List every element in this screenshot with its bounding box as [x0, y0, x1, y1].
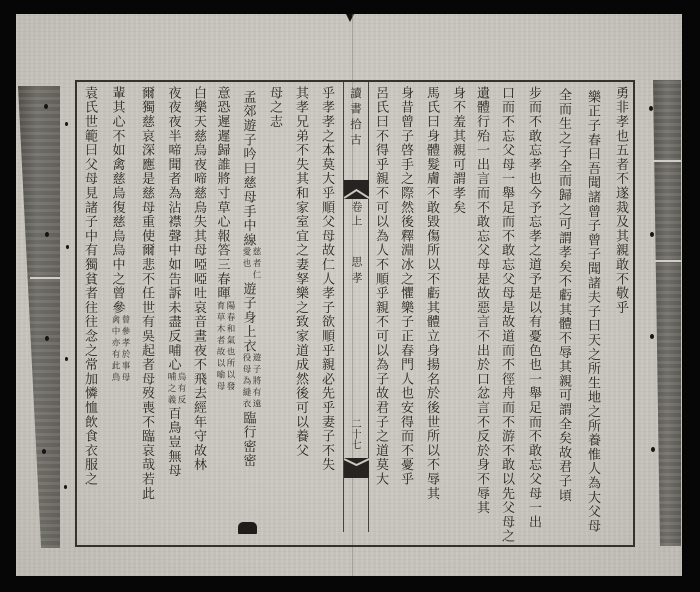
- text-column: 乎孝孝之本莫大乎順父母故仁人孝子欲順乎親必先乎妻子不失: [313, 86, 339, 472]
- ink-block-mark: [238, 522, 257, 534]
- stitch-hole: [650, 232, 654, 237]
- text-column: 白樂天慈烏夜啼慈烏失其母啞啞吐哀音晝夜不飛去經年守故林: [185, 86, 211, 472]
- strip-tear: [653, 160, 681, 162]
- stitch-hole: [44, 104, 48, 109]
- upper-fishtail-mark: [344, 180, 369, 199]
- text-column-with-notes: 意恐遲遲歸誰將寸草心報答三春暉陽春和氣也所以發育草木者故以喻母: [209, 86, 235, 393]
- stitch-hole: [45, 336, 49, 341]
- stitch-hole: [42, 449, 46, 454]
- main-text: 孟郊遊子吟曰慈母手中線: [241, 90, 256, 247]
- interlinear-note: 烏有反哺之義: [166, 372, 186, 407]
- text-column: 母之志: [261, 86, 287, 129]
- stitch-hole: [650, 334, 654, 339]
- section-title: 思孝: [343, 256, 369, 288]
- stitch-hole: [649, 106, 653, 111]
- text-column: 爾獨慈哀深應是慈母重使爾悲不任世有吳起者母歿喪不臨哀哉若此: [133, 86, 159, 501]
- text-column-with-notes: 夜夜夜半啼聞者為沾襟聲中如告訴未盡反哺心烏有反哺之義百鳥豈無母: [160, 86, 186, 478]
- lower-fishtail-mark: [344, 458, 369, 478]
- text-column: 袁氏世範曰父母見諸子中有獨貧者往往念之常加憐恤飲食衣服之: [76, 86, 102, 486]
- stitch-hole: [64, 485, 67, 489]
- stitch-hole: [65, 357, 68, 361]
- stitch-hole: [65, 122, 68, 126]
- interlinear-note: 曾參孝於事母禽中亦有此鳥: [110, 315, 130, 384]
- text-column: 呂氏曰不得乎親不可以為人不順乎親不可以為子故君子之道莫大: [367, 86, 393, 486]
- text-column-with-notes: 輩其心不如禽慈烏復慈烏烏中之曾參曾參孝於事母禽中亦有此鳥: [104, 86, 130, 384]
- strip-tear: [655, 260, 681, 262]
- text-column: 馬氏曰身體髮膚不敢毀傷所以不虧其體立身揚名於後世所以不辱其: [418, 86, 444, 501]
- interlinear-note: 慈者仁愛也: [241, 247, 261, 282]
- text-column: 步而不敢忘孝也今予忘孝之道予是以有憂色也一舉足而不敢忘父母一出: [520, 86, 546, 529]
- main-text: 百鳥豈無母: [166, 407, 181, 479]
- text-column: 身不羞其親可謂孝矣: [444, 86, 470, 215]
- text-column: 全而生之子全而歸之可謂孝矣不虧其體不辱其親可謂全矣故君子頃: [550, 88, 576, 503]
- strip-tear: [30, 277, 60, 279]
- text-column: 其孝兄弟不失其和家室宜之妻孥樂之致家道成然後可以養父: [287, 86, 313, 458]
- interlinear-note: 遊子將有遠役母為縫衣: [241, 353, 261, 411]
- stitch-hole: [66, 245, 69, 249]
- folio-number: 二十七: [343, 418, 369, 450]
- text-column: 身昔曾子啓手之際然後釋淵冰之懼樂子正春門人也安得而不憂乎: [392, 86, 418, 486]
- volume-label: 卷上: [343, 201, 369, 229]
- book-title: 讀書拾古: [343, 87, 369, 149]
- main-text: 輩其心不如禽慈烏復慈烏烏中之曾參: [110, 86, 125, 315]
- text-column: 樂正子春曰吾聞諸曾子曾子聞諸夫子曰天之所生地之所養惟人為大父母: [579, 90, 605, 533]
- text-column: 遺體行殆一出言而不敢忘父母是故惡言不出於口忿言不反於身不辱其: [468, 86, 494, 515]
- text-column-with-notes: 孟郊遊子吟曰慈母手中線慈者仁愛也遊子身上衣遊子將有遠役母為縫衣臨行密密: [235, 90, 261, 468]
- text-column: 口而不忘父母一舉足而不敢忘父母是故道而不徑舟而不游不敢以先父母之: [493, 86, 519, 544]
- main-text: 臨行密密: [241, 411, 256, 468]
- main-text: 意恐遲遲歸誰將寸草心報答三春暉: [215, 86, 230, 301]
- stitch-hole: [651, 447, 655, 452]
- text-column: 勇非孝也五者不遂烖及其親敢不敬乎: [607, 86, 633, 315]
- stitch-hole: [45, 232, 49, 237]
- main-text: 夜夜夜半啼聞者為沾襟聲中如告訴未盡反哺心: [166, 86, 181, 372]
- main-text: 遊子身上衣: [241, 282, 256, 354]
- interlinear-note: 陽春和氣也所以發育草木者故以喻母: [215, 301, 235, 393]
